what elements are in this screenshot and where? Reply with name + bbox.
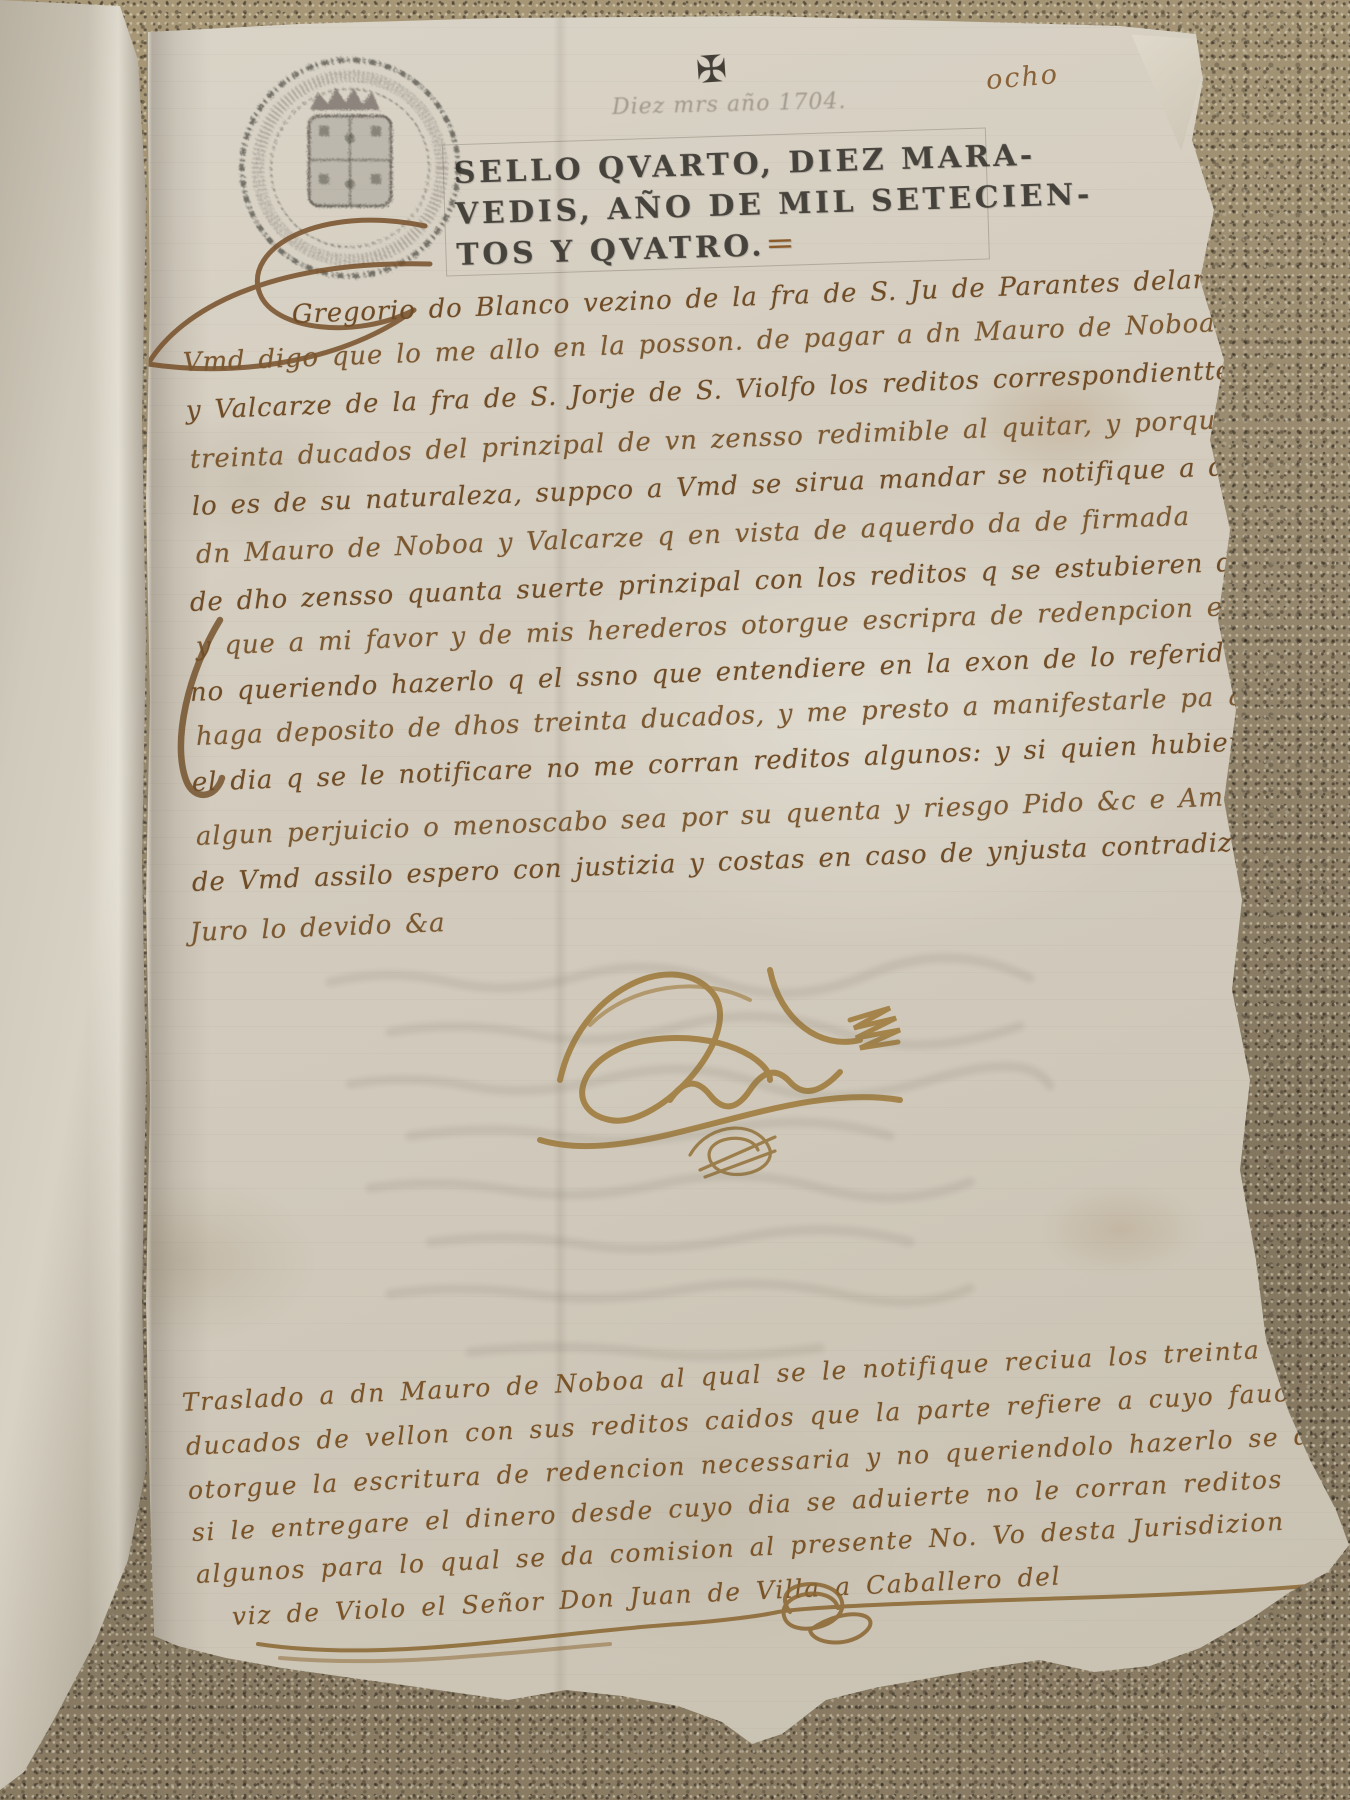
manuscript-page: ✠ Diez mrs año 1704. ocho [0, 0, 1350, 1800]
manuscript-line: Juro lo devido &a [189, 908, 446, 948]
margin-descender-stroke [158, 612, 248, 812]
folio-number-annotation: ocho [985, 59, 1060, 96]
photograph-of-manuscript: { "page": { "header": { "ornament": "✠",… [0, 0, 1350, 1800]
ink-bleedthrough [210, 960, 1170, 1390]
faded-revalidation-note: Diez mrs año 1704. [612, 89, 847, 120]
printed-cross-ornament-icon: ✠ [695, 47, 729, 92]
tax-stamp-text: SELLO QVARTO, DIEZ MARA- VEDIS, AÑO DE M… [453, 133, 1094, 276]
ink-dash-mark: ＝ [764, 227, 795, 263]
